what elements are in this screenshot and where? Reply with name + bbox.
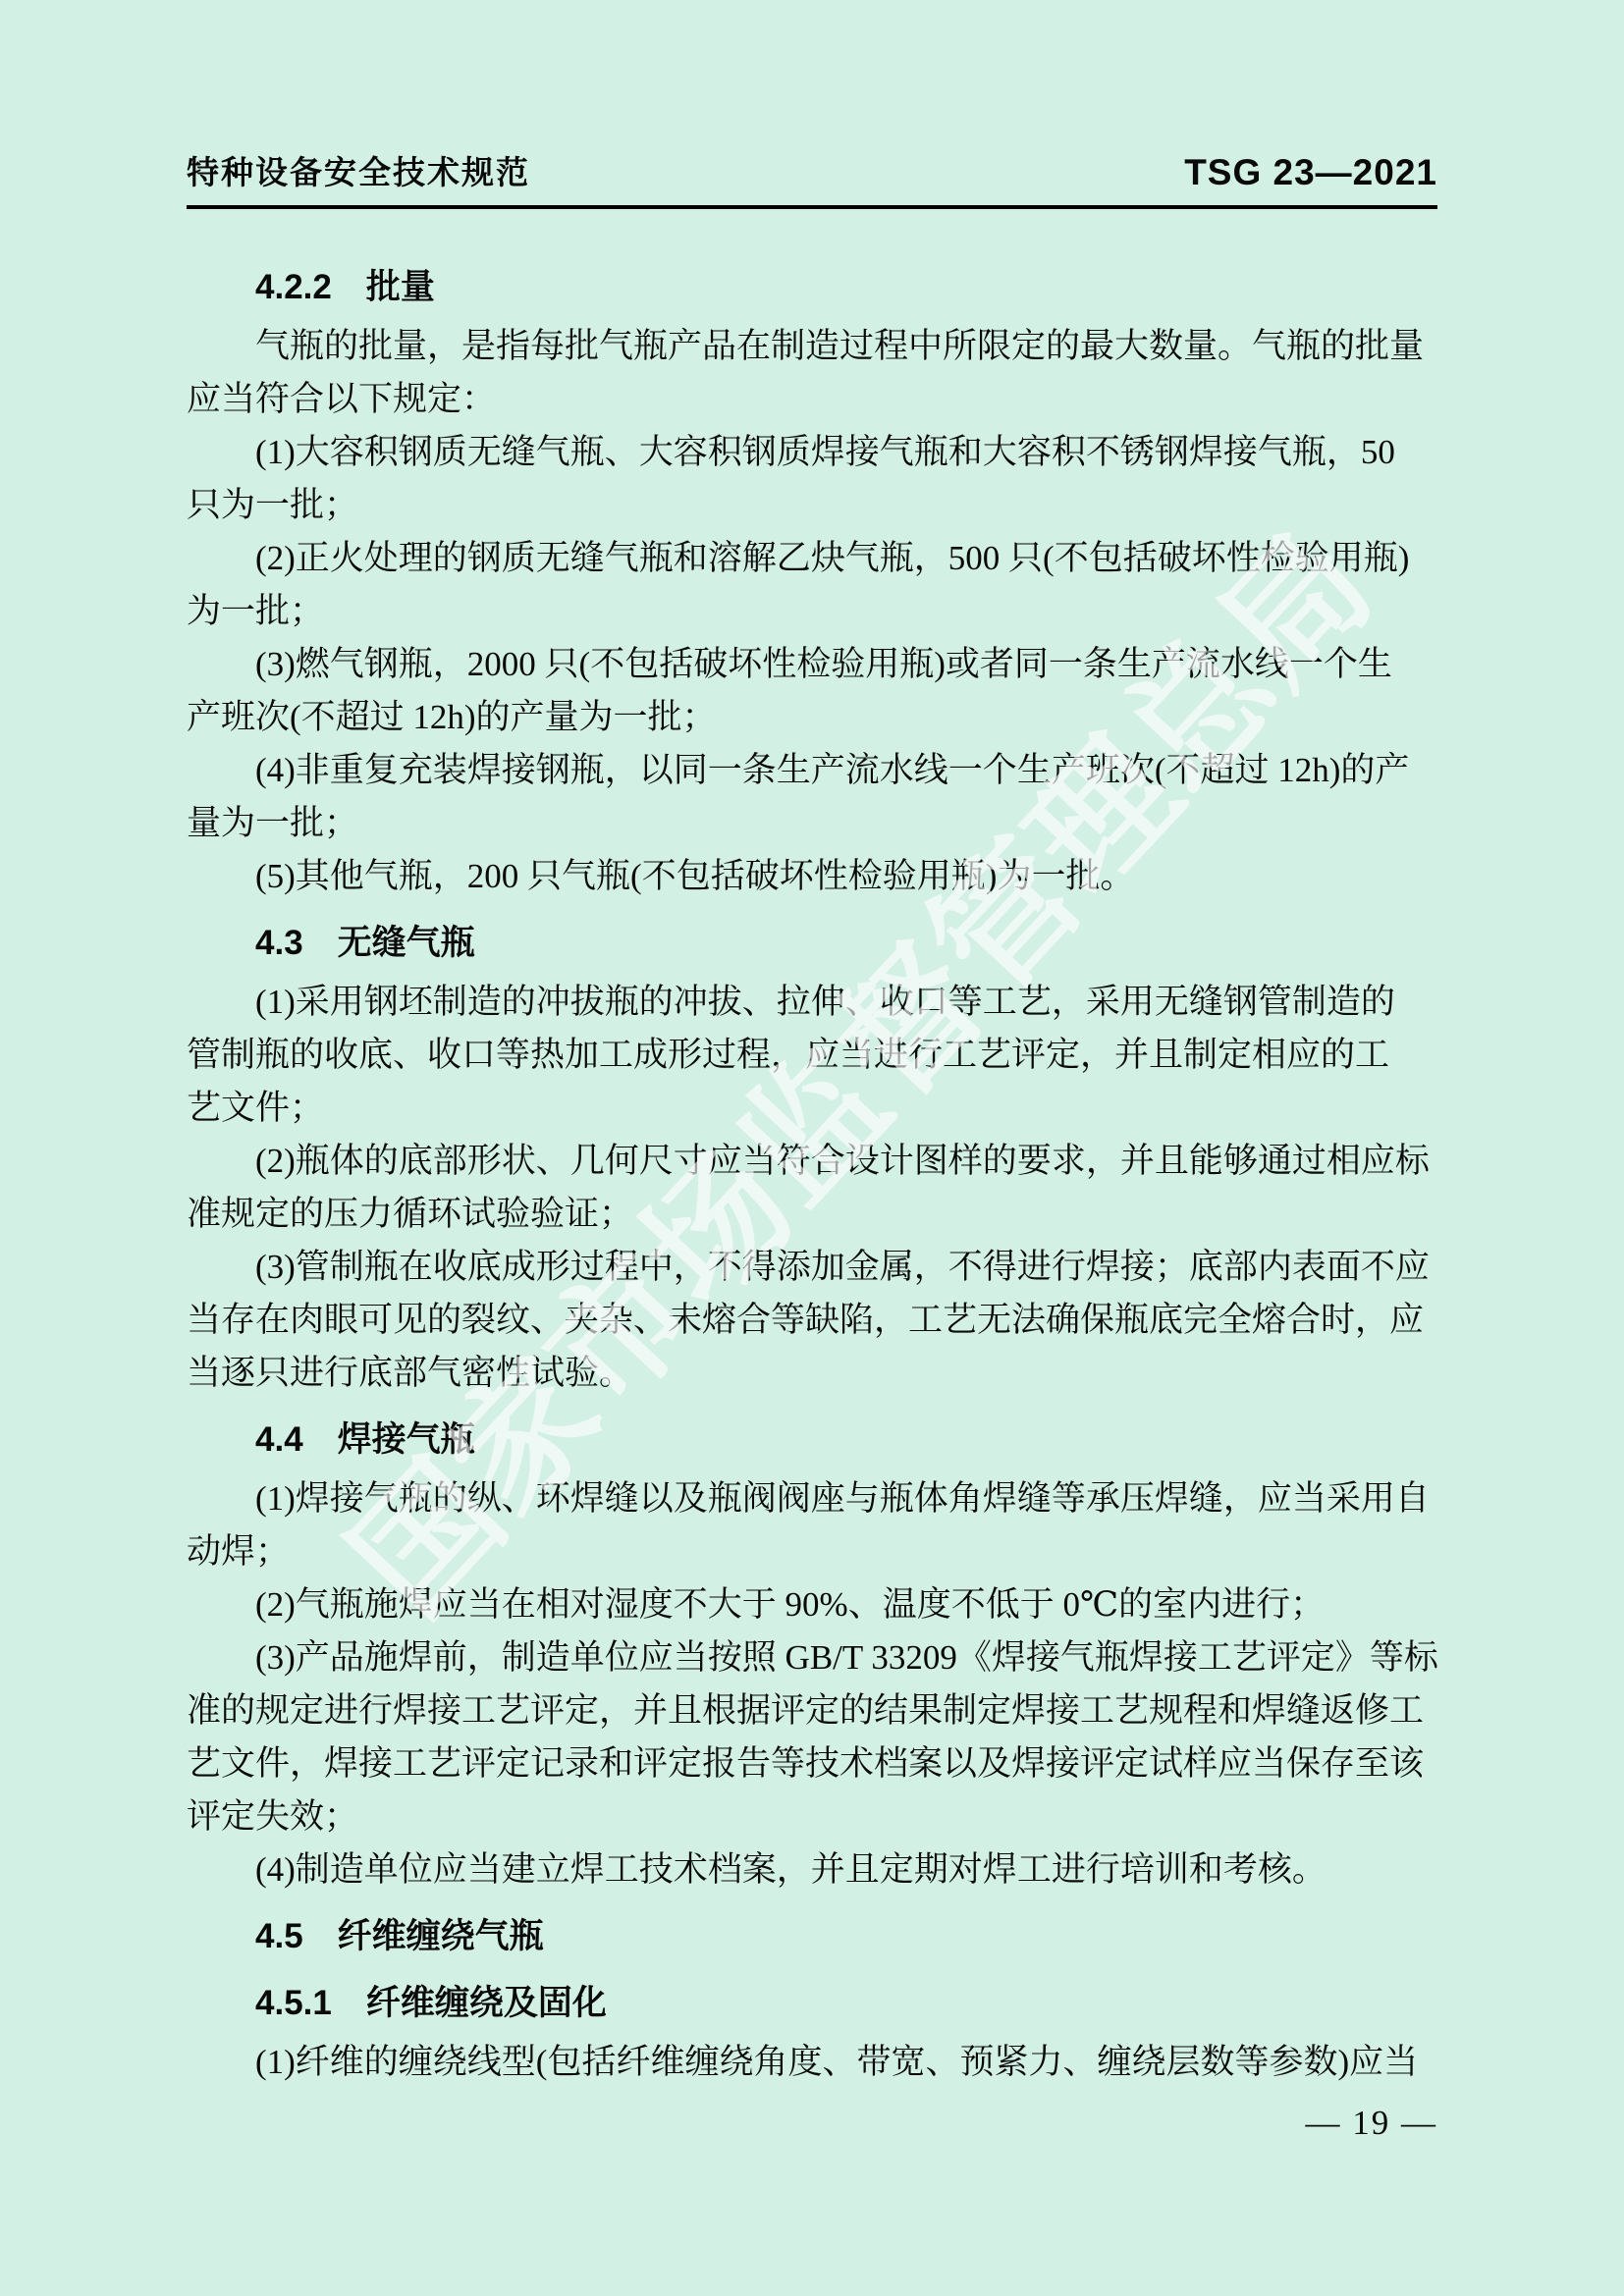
text-line: (1)采用钢坯制造的冲拔瓶的冲拔、拉伸、收口等工艺，采用无缝钢管制造的 [187, 976, 1437, 1029]
text-line: (1)大容积钢质无缝气瓶、大容积钢质焊接气瓶和大容积不锈钢焊接气瓶，50 [187, 426, 1437, 479]
text-line: 应当符合以下规定： [187, 373, 1437, 426]
section-heading: 4.4 焊接气瓶 [187, 1414, 1437, 1467]
text-line: (1)纤维的缠绕线型(包括纤维缠绕角度、带宽、预紧力、缠绕层数等参数)应当 [187, 2036, 1437, 2089]
text-line: 为一批； [187, 585, 1437, 638]
text-line: 评定失效； [187, 1790, 1437, 1843]
text-line: (2)气瓶施焊应当在相对湿度不大于 90%、温度不低于 0℃的室内进行； [187, 1578, 1437, 1631]
text-line: 产班次(不超过 12h)的产量为一批； [187, 691, 1437, 744]
paragraph: (3)燃气钢瓶，2000 只(不包括破坏性检验用瓶)或者同一条生产流水线一个生产… [187, 638, 1437, 744]
content: 4.2.2 批量气瓶的批量，是指每批气瓶产品在制造过程中所限定的最大数量。气瓶的… [187, 247, 1437, 2089]
paragraph: (1)纤维的缠绕线型(包括纤维缠绕角度、带宽、预紧力、缠绕层数等参数)应当 [187, 2036, 1437, 2089]
header-doc-code: TSG 23—2021 [1184, 152, 1437, 193]
paragraph: (1)采用钢坯制造的冲拔瓶的冲拔、拉伸、收口等工艺，采用无缝钢管制造的管制瓶的收… [187, 976, 1437, 1135]
text-line: 准规定的压力循环试验验证； [187, 1188, 1437, 1241]
text-line: (2)瓶体的底部形状、几何尺寸应当符合设计图样的要求，并且能够通过相应标 [187, 1135, 1437, 1188]
text-line: 准的规定进行焊接工艺评定，并且根据评定的结果制定焊接工艺规程和焊缝返修工 [187, 1684, 1437, 1737]
paragraph: (3)产品施焊前，制造单位应当按照 GB/T 33209《焊接气瓶焊接工艺评定》… [187, 1631, 1437, 1843]
paragraph: (2)正火处理的钢质无缝气瓶和溶解乙炔气瓶，500 只(不包括破坏性检验用瓶)为… [187, 532, 1437, 638]
paragraph: (4)非重复充装焊接钢瓶，以同一条生产流水线一个生产班次(不超过 12h)的产量… [187, 744, 1437, 850]
page-header: 特种设备安全技术规范 TSG 23—2021 [187, 147, 1437, 209]
paragraph: (1)焊接气瓶的纵、环焊缝以及瓶阀阀座与瓶体角焊缝等承压焊缝，应当采用自动焊； [187, 1472, 1437, 1578]
header-title: 特种设备安全技术规范 [187, 147, 530, 193]
text-line: (5)其他气瓶，200 只气瓶(不包括破坏性检验用瓶)为一批。 [187, 850, 1437, 903]
section-heading: 4.3 无缝气瓶 [187, 917, 1437, 970]
paragraph: (5)其他气瓶，200 只气瓶(不包括破坏性检验用瓶)为一批。 [187, 850, 1437, 903]
text-line: 当逐只进行底部气密性试验。 [187, 1347, 1437, 1400]
text-line: (1)焊接气瓶的纵、环焊缝以及瓶阀阀座与瓶体角焊缝等承压焊缝，应当采用自 [187, 1472, 1437, 1525]
text-line: 管制瓶的收底、收口等热加工成形过程，应当进行工艺评定，并且制定相应的工 [187, 1029, 1437, 1082]
paragraph: (2)瓶体的底部形状、几何尺寸应当符合设计图样的要求，并且能够通过相应标准规定的… [187, 1135, 1437, 1241]
text-line: 气瓶的批量，是指每批气瓶产品在制造过程中所限定的最大数量。气瓶的批量 [187, 320, 1437, 373]
paragraph: (4)制造单位应当建立焊工技术档案，并且定期对焊工进行培训和考核。 [187, 1843, 1437, 1896]
text-line: 艺文件； [187, 1082, 1437, 1135]
paragraph: 气瓶的批量，是指每批气瓶产品在制造过程中所限定的最大数量。气瓶的批量应当符合以下… [187, 320, 1437, 426]
section-heading: 4.5 纤维缠绕气瓶 [187, 1910, 1437, 1963]
text-line: (3)产品施焊前，制造单位应当按照 GB/T 33209《焊接气瓶焊接工艺评定》… [187, 1631, 1437, 1684]
text-line: (4)制造单位应当建立焊工技术档案，并且定期对焊工进行培训和考核。 [187, 1843, 1437, 1896]
text-line: 艺文件，焊接工艺评定记录和评定报告等技术档案以及焊接评定试样应当保存至该 [187, 1737, 1437, 1790]
page-number: — 19 — [1306, 2097, 1438, 2150]
text-line: (3)燃气钢瓶，2000 只(不包括破坏性检验用瓶)或者同一条生产流水线一个生 [187, 638, 1437, 691]
document-page: 特种设备安全技术规范 TSG 23—2021 4.2.2 批量气瓶的批量，是指每… [0, 0, 1624, 2296]
paragraph: (2)气瓶施焊应当在相对湿度不大于 90%、温度不低于 0℃的室内进行； [187, 1578, 1437, 1631]
text-line: 只为一批； [187, 479, 1437, 532]
section-heading: 4.5.1 纤维缠绕及固化 [187, 1977, 1437, 2030]
paragraph: (1)大容积钢质无缝气瓶、大容积钢质焊接气瓶和大容积不锈钢焊接气瓶，50只为一批… [187, 426, 1437, 532]
text-line: (2)正火处理的钢质无缝气瓶和溶解乙炔气瓶，500 只(不包括破坏性检验用瓶) [187, 532, 1437, 585]
text-line: 动焊； [187, 1525, 1437, 1578]
text-line: 量为一批； [187, 797, 1437, 850]
text-line: (3)管制瓶在收底成形过程中，不得添加金属，不得进行焊接；底部内表面不应 [187, 1241, 1437, 1294]
text-line: 当存在肉眼可见的裂纹、夹杂、未熔合等缺陷，工艺无法确保瓶底完全熔合时，应 [187, 1294, 1437, 1347]
paragraph: (3)管制瓶在收底成形过程中，不得添加金属，不得进行焊接；底部内表面不应当存在肉… [187, 1241, 1437, 1400]
text-line: (4)非重复充装焊接钢瓶，以同一条生产流水线一个生产班次(不超过 12h)的产 [187, 744, 1437, 797]
section-heading: 4.2.2 批量 [187, 261, 1437, 314]
